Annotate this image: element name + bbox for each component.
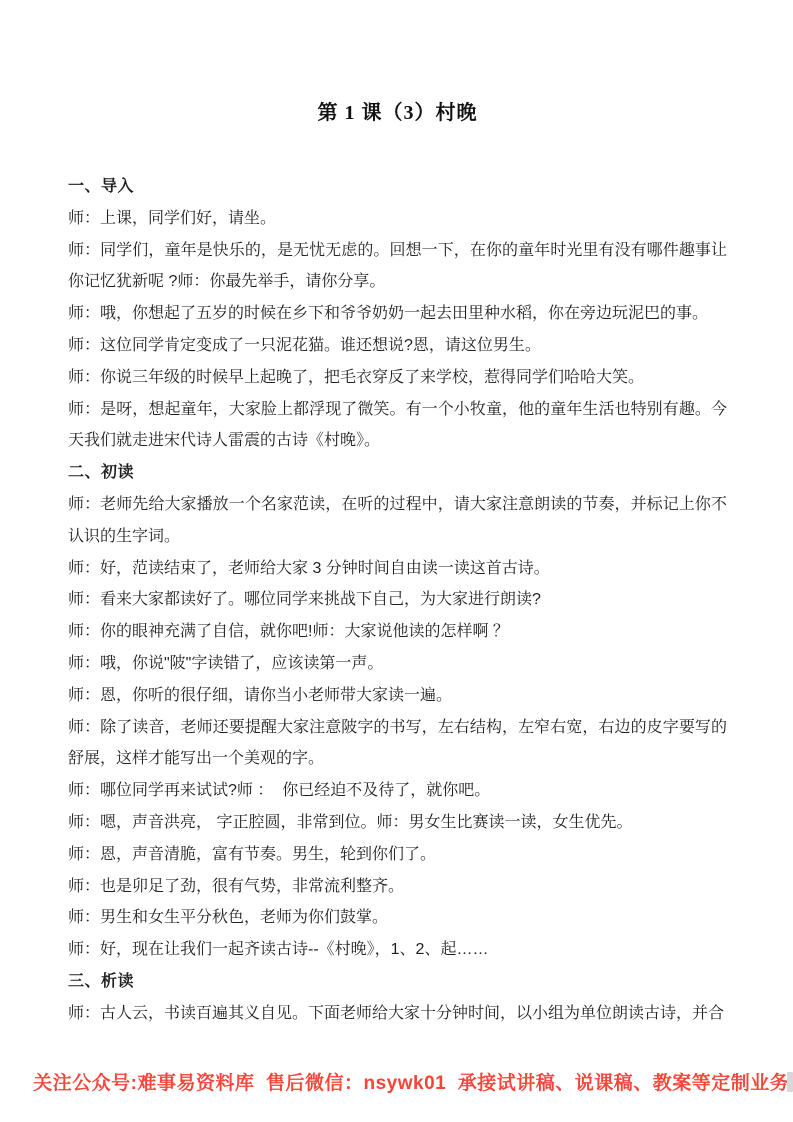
paragraph: 师：上课，同学们好，请坐。 — [68, 203, 727, 235]
paragraph: 师：你的眼神充满了自信，就你吧!师：大家说他读的怎样啊 ？ — [68, 616, 727, 648]
paragraph: 师：好，范读结束了，老师给大家 3 分钟时间自由读一读这首古诗。 — [68, 553, 727, 585]
section-heading-xidu: 三、析读 — [68, 966, 727, 998]
paragraph: 师：同学们，童年是快乐的，是无忧无虑的。回想一下，在你的童年时光里有没有哪件趣事… — [68, 235, 727, 299]
section-heading-chudu: 二、初读 — [68, 457, 727, 489]
paragraph: 师：也是卯足了劲，很有气势，非常流利整齐。 — [68, 871, 727, 903]
paragraph: 师：哦，你想起了五岁的时候在乡下和爷爷奶奶一起去田里种水稻，你在旁边玩泥巴的事。 — [68, 298, 727, 330]
page-title: 第 1 课（3）村晚 — [68, 100, 727, 127]
paragraph: 师：除了读音，老师还要提醒大家注意陂字的书写，左右结构，左窄右宽，右边的皮字要写… — [68, 712, 727, 776]
promo-footer: 关注公众号:难事易资料库 售后微信：nsywk01 承接试讲稿、说课稿、教案等定… — [10, 1049, 790, 1118]
edge-artifact — [787, 1072, 793, 1092]
paragraph: 师：你说三年级的时候早上起晚了，把毛衣穿反了来学校，惹得同学们哈哈大笑。 — [68, 362, 727, 394]
paragraph: 师：好，现在让我们一起齐读古诗--《村晚》，1、2、起…… — [68, 934, 727, 966]
paragraph: 师：恩，你听的很仔细，请你当小老师带大家读一遍。 — [68, 680, 727, 712]
paragraph: 师：老师先给大家播放一个名家范读，在听的过程中，请大家注意朗读的节奏，并标记上你… — [68, 489, 727, 553]
paragraph: 师：看来大家都读好了。哪位同学来挑战下自己，为大家进行朗读? — [68, 584, 727, 616]
paragraph: 师：恩，声音清脆，富有节奏。男生，轮到你们了。 — [68, 839, 727, 871]
paragraph: 师：男生和女生平分秋色，老师为你们鼓掌。 — [68, 902, 727, 934]
section-heading-daoru: 一、导入 — [68, 171, 727, 203]
document-page: 第 1 课（3）村晚 一、导入 师：上课，同学们好，请坐。 师：同学们，童年是快… — [0, 0, 793, 1122]
paragraph: 师：哪位同学再来试试?师 ： 你已经迫不及待了，就你吧。 — [68, 775, 727, 807]
paragraph: 师：嗯，声音洪亮， 字正腔圆，非常到位。师：男女生比赛读一读，女生优先。 — [68, 807, 727, 839]
paragraph: 师：这位同学肯定变成了一只泥花猫。谁还想说?恩，请这位男生。 — [68, 330, 727, 362]
paragraph: 师：是呀，想起童年，大家脸上都浮现了微笑。有一个小牧童，他的童年生活也特别有趣。… — [68, 394, 727, 458]
document-content: 一、导入 师：上课，同学们好，请坐。 师：同学们，童年是快乐的，是无忧无虑的。回… — [68, 171, 727, 1030]
promo-text: 关注公众号:难事易资料库 售后微信：nsywk01 承接试讲稿、说课稿、教案等定… — [33, 1073, 789, 1094]
paragraph: 师：古人云，书读百遍其义自见。下面老师给大家十分钟时间，以小组为单位朗读古诗，并… — [68, 998, 727, 1030]
paragraph: 师：哦，你说"陂"字读错了，应该读第一声。 — [68, 648, 727, 680]
